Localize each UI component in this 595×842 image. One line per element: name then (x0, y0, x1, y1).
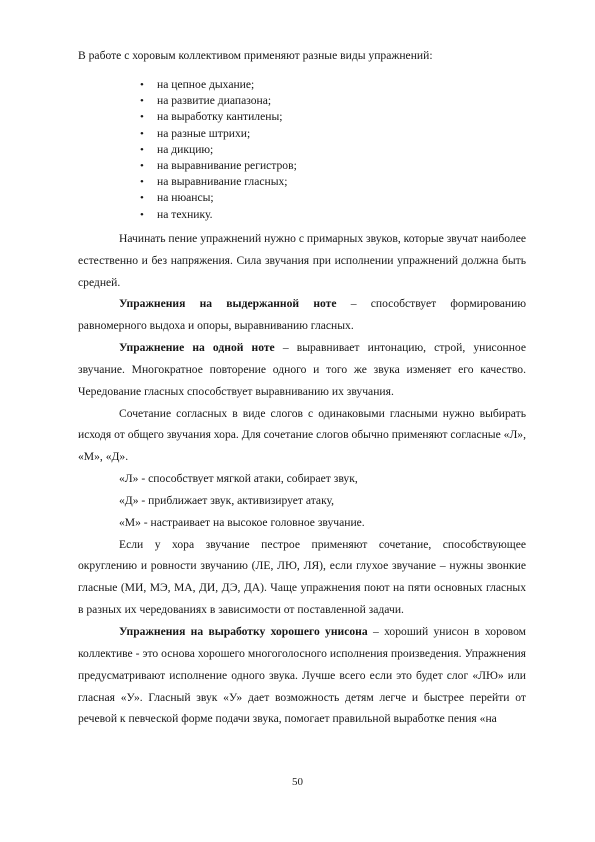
paragraph: «Л» - способствует мягкой атаки, собирае… (78, 468, 526, 490)
page-number: 50 (0, 776, 595, 788)
paragraph-text: Сочетание согласных в виде слогов с один… (78, 407, 526, 464)
bullet-text: на цепное дыхание; (157, 77, 254, 92)
bullet-icon: • (140, 94, 157, 109)
bullet-text: на нюансы; (157, 190, 214, 205)
list-item: •на выравнивание гласных; (78, 174, 526, 190)
bullet-text: на развитие диапазона; (157, 93, 271, 108)
paragraph-text: – хороший унисон в хоровом коллективе - … (78, 625, 526, 725)
paragraph-text: «М» - настраивает на высокое головное зв… (119, 516, 365, 529)
bullet-icon: • (140, 78, 157, 93)
paragraph: Начинать пение упражнений нужно с примар… (78, 228, 526, 294)
list-item: •на выравнивание регистров; (78, 158, 526, 174)
bullet-text: на выравнивание регистров; (157, 158, 297, 173)
list-item: •на выработку кантилены; (78, 109, 526, 125)
bullet-icon: • (140, 191, 157, 206)
paragraph-text: Начинать пение упражнений нужно с примар… (78, 232, 526, 289)
list-item: •на нюансы; (78, 190, 526, 206)
paragraph: Если у хора звучание пестрое применяют с… (78, 534, 526, 621)
paragraph: Упражнение на одной ноте – выравнивает и… (78, 337, 526, 403)
paragraph-lead-bold: Упражнения на выработку хорошего унисона (119, 625, 368, 638)
bullet-text: на дикцию; (157, 142, 213, 157)
list-item: •на технику. (78, 207, 526, 223)
list-item: •на разные штрихи; (78, 126, 526, 142)
paragraph: Упражнения на выработку хорошего унисона… (78, 621, 526, 730)
paragraph-text: «Д» - приближает звук, активизирует атак… (119, 494, 334, 507)
bullet-text: на выравнивание гласных; (157, 174, 288, 189)
paragraph: Упражнения на выдержанной ноте – способс… (78, 293, 526, 337)
bullet-icon: • (140, 175, 157, 190)
bullet-icon: • (140, 208, 157, 223)
bullet-text: на разные штрихи; (157, 126, 250, 141)
paragraph-lead-bold: Упражнение на одной ноте (119, 341, 275, 354)
bullet-icon: • (140, 143, 157, 158)
intro-paragraph: В работе с хоровым коллективом применяют… (78, 48, 526, 64)
bullet-icon: • (140, 159, 157, 174)
paragraph: «М» - настраивает на высокое головное зв… (78, 512, 526, 534)
list-item: •на цепное дыхание; (78, 77, 526, 93)
list-item: •на дикцию; (78, 142, 526, 158)
bullet-icon: • (140, 127, 157, 142)
bullet-text: на технику. (157, 207, 213, 222)
paragraph: «Д» - приближает звук, активизирует атак… (78, 490, 526, 512)
document-page: В работе с хоровым коллективом применяют… (0, 0, 595, 842)
bullet-icon: • (140, 110, 157, 125)
bullet-text: на выработку кантилены; (157, 109, 282, 124)
paragraph: Сочетание согласных в виде слогов с один… (78, 403, 526, 469)
paragraph-lead-bold: Упражнения на выдержанной ноте (119, 297, 336, 310)
bullet-list: •на цепное дыхание; •на развитие диапазо… (78, 77, 526, 223)
list-item: •на развитие диапазона; (78, 93, 526, 109)
paragraph-text: «Л» - способствует мягкой атаки, собирае… (119, 472, 358, 485)
paragraph-text: Если у хора звучание пестрое применяют с… (78, 538, 526, 617)
